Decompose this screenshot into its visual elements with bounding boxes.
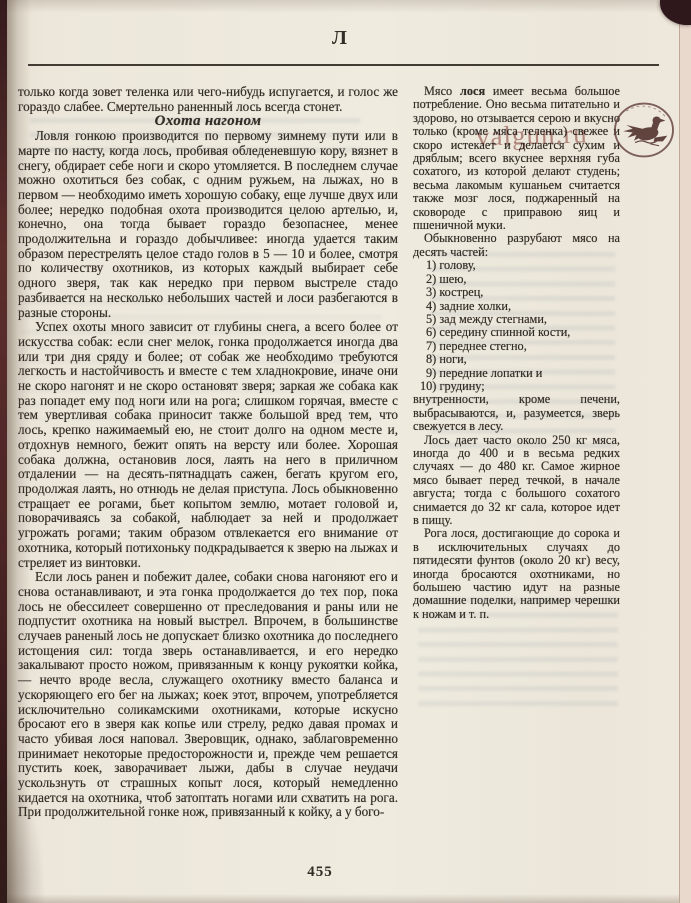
list-item: 5) зад между стегнами, [413, 313, 620, 326]
keyword-moose: лося [460, 84, 485, 98]
page-number: 455 [20, 864, 620, 881]
left-column: только когда зовет теленка или чего-нибу… [18, 85, 398, 820]
bird-stamp-icon [612, 101, 676, 159]
paragraph-weight: Лось дает часто около 250 кг мяса, иногд… [413, 434, 620, 528]
list-item: 8) ноги, [413, 353, 620, 366]
section-letter: Л [0, 27, 680, 50]
parts-outro: внутренности, кроме печени, выбрасываютс… [413, 393, 620, 433]
section-heading: Охота нагоном [18, 114, 398, 129]
list-item: 6) середину спинной кости, [413, 326, 620, 339]
meat-rest: имеет весьма большое потребление. Оно ве… [413, 84, 620, 232]
page-body: только когда зовет теленка или чего-нибу… [18, 85, 660, 820]
paragraph-hunt-1: Ловля гонкою производится по первому зим… [18, 129, 398, 320]
list-item: 2) шею, [413, 273, 620, 286]
list-item: 7) переднее стегно, [413, 340, 620, 353]
list-item: 10) грудину; [413, 380, 620, 393]
paragraph-hunt-2: Успех охоты много зависит от глубины сне… [18, 320, 398, 570]
scan-bottom-shadow [0, 894, 691, 903]
right-column: Мясо лося имеет весьма большое потреблен… [413, 85, 620, 820]
paragraph-meat: Мясо лося имеет весьма большое потреблен… [413, 85, 620, 232]
paragraph-continuation: только когда зовет теленка или чего-нибу… [18, 85, 398, 114]
scan-right-page-edge [679, 0, 691, 903]
scan-top-shadow [0, 0, 691, 13]
header-rule [28, 64, 659, 66]
list-item: 9) передние лопатки и [413, 367, 620, 380]
watermark-text: valgun.ru [476, 119, 589, 153]
list-item: 4) задние холки, [413, 300, 620, 313]
meat-lead: Мясо [424, 84, 460, 98]
list-item: 1) голову, [413, 259, 620, 272]
parts-intro: Обыкновенно разрубают мясо на десять час… [413, 232, 620, 259]
paragraph-antlers: Рога лося, достигающие до сорока и в иск… [413, 527, 620, 621]
book-binding-strip [0, 0, 7, 903]
parts-list: 1) голову, 2) шею, 3) кострец, 4) задние… [413, 259, 620, 393]
book-cover-corner [660, 0, 691, 25]
paragraph-hunt-3: Если лось ранен и побежит далее, собаки … [18, 570, 398, 820]
list-item: 3) кострец, [413, 286, 620, 299]
book-page-scan: Л только когда зовет теленка или чего-ни… [0, 0, 691, 903]
